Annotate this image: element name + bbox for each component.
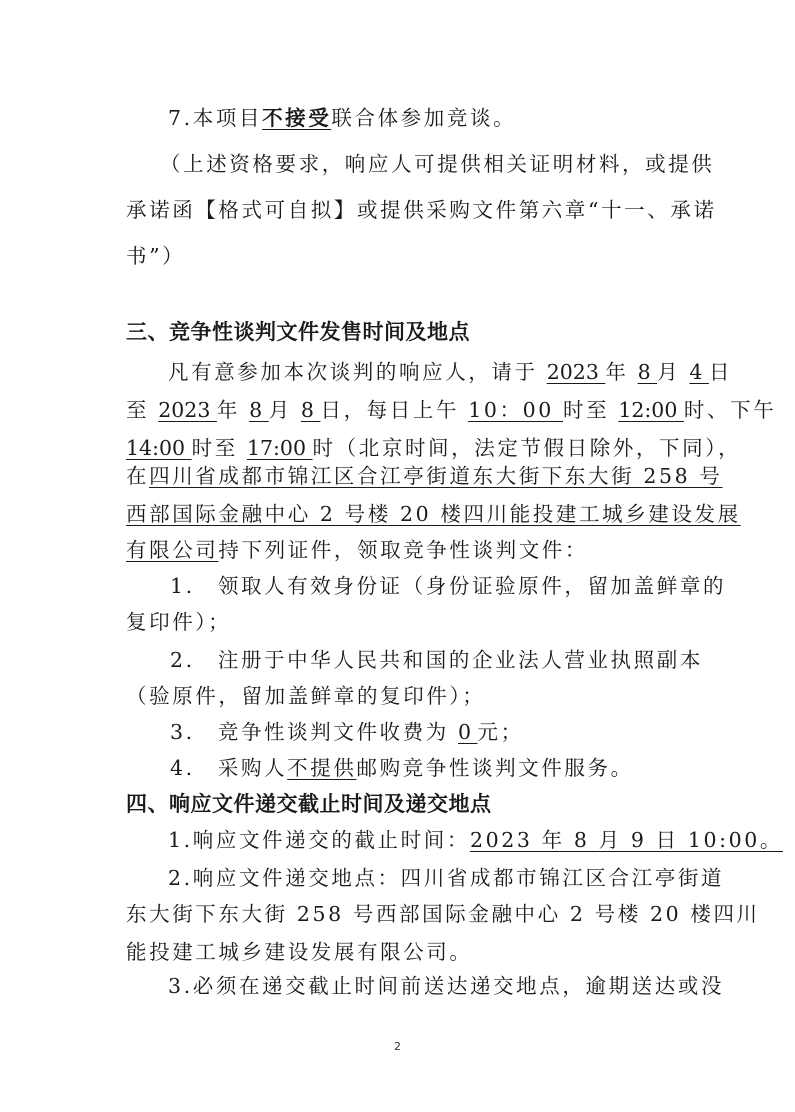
section-3-para-line-3: 14:00 时至 17:00 时（北京时间，法定节假日除外，下同）， [126,434,686,462]
list-item-4: 4. 采购人不提供邮购竞争性谈判文件服务。 [170,754,730,782]
list-item-1-line-2: 复印件）； [126,608,686,636]
section-4-item-2-line-3: 能投建工城乡建设发展有限公司。 [126,938,686,966]
submission-deadline: 2023 年 8 月 9 日 10:00。 [470,828,783,852]
section-3-heading: 三、竞争性谈判文件发售时间及地点 [126,318,686,346]
section-4-item-2-line-2: 东大街下东大街 258 号西部国际金融中心 2 号楼 20 楼四川 [126,900,686,928]
section-3-address-line-1: 在四川省成都市锦江区合江亭街道东大街下东大街 258 号 [126,462,686,490]
note-line-2: 承诺函【格式可自拟】或提供采购文件第六章“十一、承诺 [126,196,686,224]
list-item-3: 3. 竞争性谈判文件收费为 0 元； [170,718,730,746]
list-item-2-line-1: 2. 注册于中华人民共和国的企业法人营业执照副本 [170,646,730,674]
list-item-1-line-1: 1. 领取人有效身份证（身份证验原件，留加盖鲜章的 [170,572,730,600]
section-3-address-line-2: 西部国际金融中心 2 号楼 20 楼四川能投建工城乡建设发展 [126,500,686,528]
section-3-para-line-1: 凡有意参加本次谈判的响应人，请于 2023 年 8 月 4 日 [168,358,728,386]
section-4-item-2-line-1: 2.响应文件递交地点：四川省成都市锦江区合江亭街道 [168,864,728,892]
section-4-item-1: 1.响应文件递交的截止时间：2023 年 8 月 9 日 10:00。 [168,826,728,854]
note-line-1: （上述资格要求，响应人可提供相关证明材料，或提供 [160,150,720,178]
note-line-3: 书”） [126,242,686,270]
section-3-address-line-3: 有限公司持下列证件，领取竞争性谈判文件： [126,536,686,564]
section-4-heading: 四、响应文件递交截止时间及递交地点 [126,790,686,818]
page-number: 2 [0,1040,795,1053]
section-4-item-3-line-1: 3.必须在递交截止时间前送达递交地点，逾期送达或没 [168,972,728,1000]
emphasis-not-accept: 不接受 [262,106,331,130]
list-item-2-line-2: （验原件，留加盖鲜章的复印件）； [126,682,686,710]
section-3-para-line-2: 至 2023 年 8 月 8 日，每日上午 10：00 时至 12:00 时、下… [126,396,686,424]
item-7: 7.本项目不接受联合体参加竞谈。 [168,104,728,132]
